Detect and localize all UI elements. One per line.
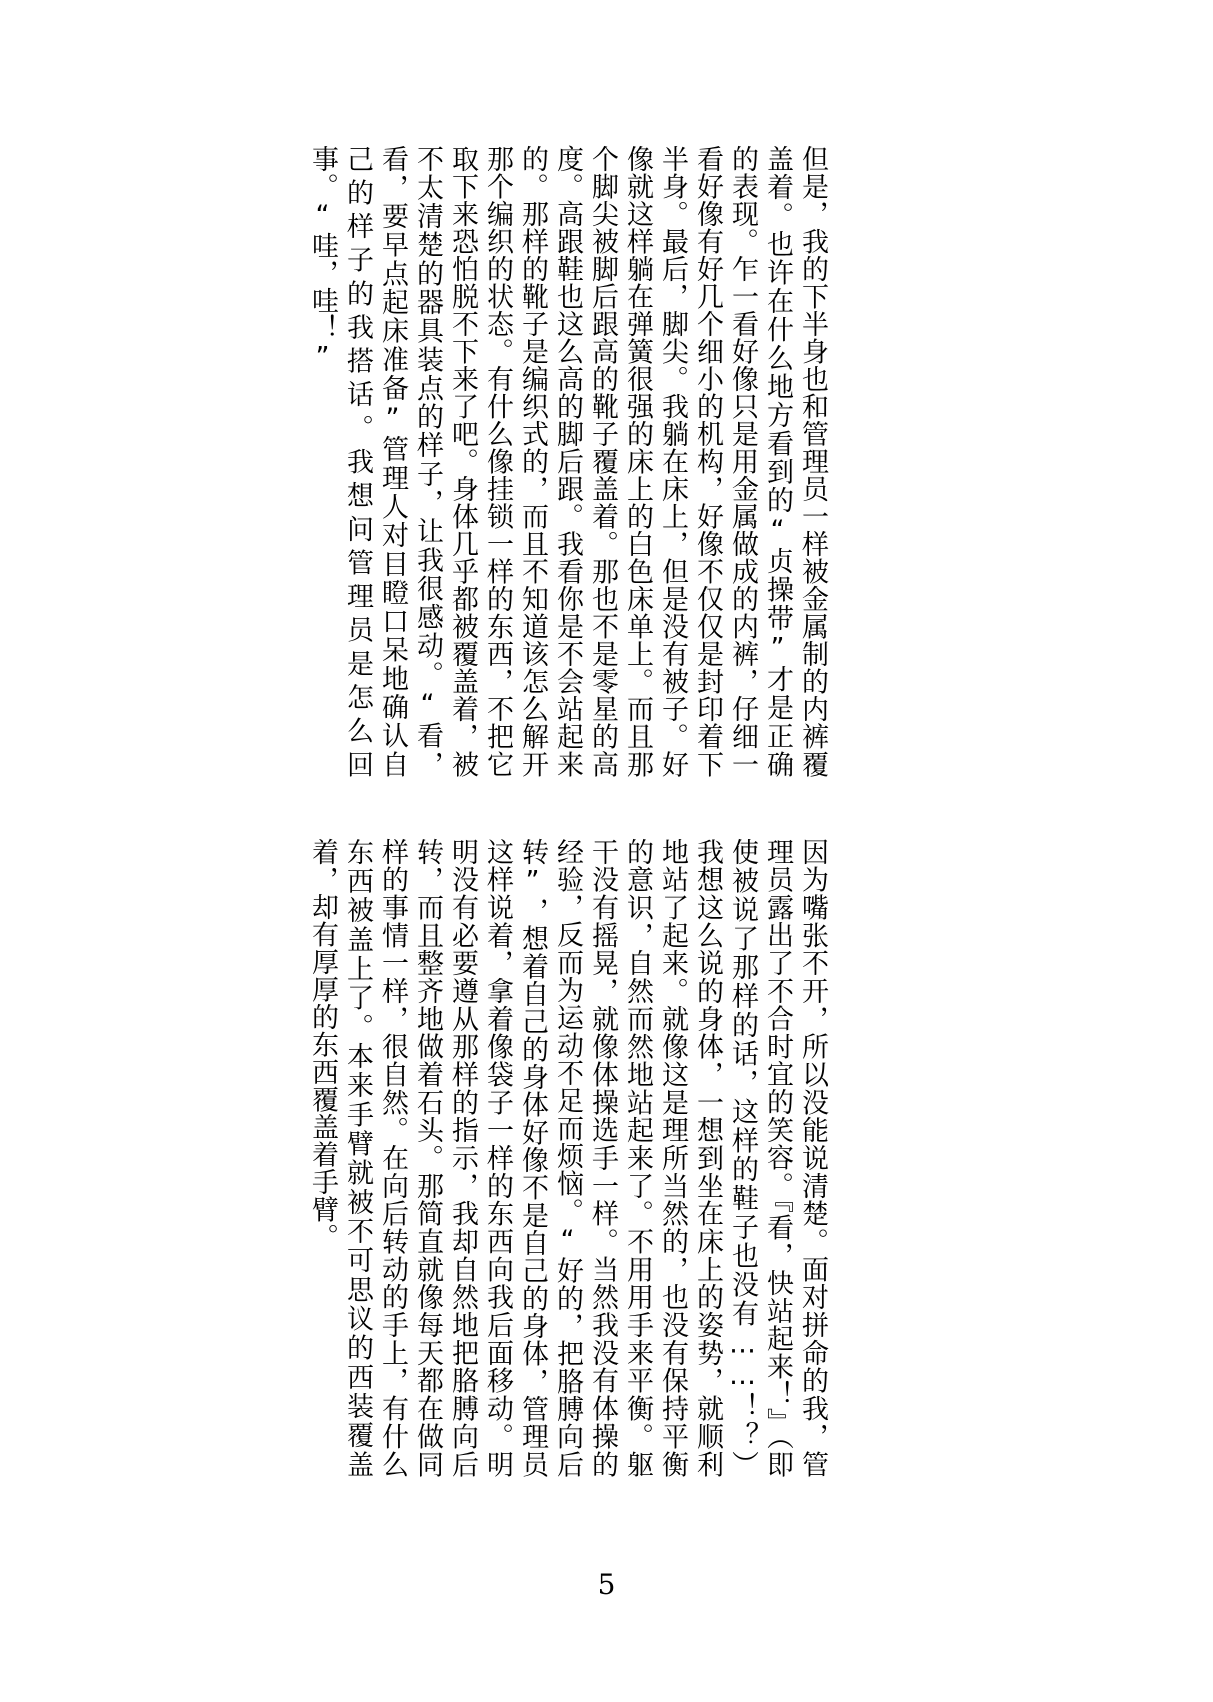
page-number: 5 [598,1568,616,1601]
document-page: 但是，我的下半身也和管理员一样被金属制的内裤覆盖着。也许在什么地方看到的“贞操带… [0,0,1213,1702]
paragraph-bottom: 因为嘴张不开，所以没能说清楚。面对拼命的我，管理员露出了不合时宜的笑容。『看，快… [305,838,830,1478]
paragraph-top: 但是，我的下半身也和管理员一样被金属制的内裤覆盖着。也许在什么地方看到的“贞操带… [305,145,830,778]
